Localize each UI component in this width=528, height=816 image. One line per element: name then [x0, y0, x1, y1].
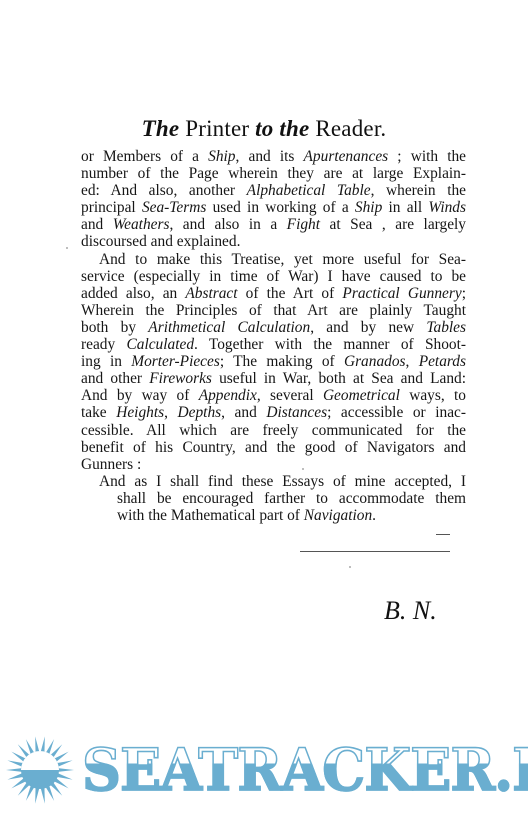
title-to-the: to the — [255, 116, 309, 141]
text-line: benefit of his Country, and the good of … — [81, 439, 466, 456]
text-line: Wherein the Principles of that Art are p… — [81, 302, 466, 319]
italic-term: Fireworks — [149, 370, 212, 387]
text-line: ing in Morter-Pieces; The making of Gran… — [81, 353, 466, 370]
italic-term: Granados — [344, 353, 406, 370]
scan-speck — [349, 566, 351, 568]
closing-rule — [300, 551, 450, 552]
text-line: or Members of a Ship, and its Apurtenanc… — [81, 148, 466, 165]
text-line: added also, an Abstract of the Art of Pr… — [81, 285, 466, 302]
text-line: number of the Page wherein they are at l… — [81, 165, 466, 182]
text-line: And as I shall find these Essays of mine… — [81, 473, 466, 490]
text-line: ready Calculated. Together with the mann… — [81, 336, 466, 353]
text-line: shall be encouraged farther to accommoda… — [81, 490, 466, 507]
text-line: principal Sea-Terms used in working of a… — [81, 199, 466, 216]
paragraph-1: or Members of a Ship, and its Apurtenanc… — [81, 148, 466, 251]
italic-term: Alphabetical Table — [247, 182, 371, 199]
italic-term: Practical Gunnery — [342, 285, 461, 302]
italic-term: Calculated — [126, 336, 194, 353]
text-line: And by way of Appendix, several Geometri… — [81, 387, 466, 404]
italic-term: Distances — [266, 404, 327, 421]
text-line: and Weathers, and also in a Fight at Sea… — [81, 216, 466, 233]
italic-term: Navigation — [304, 507, 372, 524]
text-line: service (especially in time of War) I ha… — [81, 268, 466, 285]
italic-term: Apurtenances — [304, 148, 389, 165]
closing-rule-short — [436, 534, 450, 535]
body-text: or Members of a Ship, and its Apurtenanc… — [81, 148, 466, 524]
text-line: take Heights, Depths, and Distances; acc… — [81, 404, 466, 421]
italic-term: Geometrical — [323, 387, 400, 404]
signature: B. N. — [384, 596, 437, 626]
scan-speck — [66, 247, 68, 249]
italic-term: Sea-Terms — [142, 199, 206, 216]
italic-term: Weathers — [113, 216, 170, 233]
text-line: ed: And also, another Alphabetical Table… — [81, 182, 466, 199]
title-the: The — [142, 116, 180, 141]
page-title: The Printer to the Reader. — [0, 116, 528, 142]
italic-term: Fight — [287, 216, 320, 233]
italic-term: Arithmetical Calculation — [148, 319, 310, 336]
watermark-text: SEATRACKER.RU — [82, 737, 528, 803]
paragraph-3: And as I shall find these Essays of mine… — [81, 473, 466, 524]
scan-speck — [302, 468, 304, 470]
title-reader: Reader. — [315, 116, 386, 141]
italic-term: Tables — [426, 319, 466, 336]
italic-term: Heights — [116, 404, 164, 421]
text-line: and other Fireworks useful in War, both … — [81, 370, 466, 387]
document-page: The Printer to the Reader. or Members of… — [0, 0, 528, 720]
italic-term: Ship — [208, 148, 235, 165]
text-line: discoursed and explained. — [81, 233, 466, 250]
italic-term: Ship — [355, 199, 382, 216]
italic-term: Winds — [428, 199, 466, 216]
italic-term: Abstract — [185, 285, 237, 302]
text-line: And to make this Treatise, yet more usef… — [81, 251, 466, 268]
paragraph-2: And to make this Treatise, yet more usef… — [81, 251, 466, 473]
text-line: Gunners : — [81, 456, 466, 473]
title-printer: Printer — [185, 116, 249, 141]
italic-term: Depths — [178, 404, 222, 421]
italic-term: Morter-Pieces — [131, 353, 220, 370]
text-line: cessible. All which are freely communica… — [81, 422, 466, 439]
sun-over-sea-icon — [0, 735, 80, 805]
italic-term: Appendix — [199, 387, 257, 404]
text-line: both by Arithmetical Calculation, and by… — [81, 319, 466, 336]
watermark-logo: SEATRACKER.RU — [0, 735, 528, 805]
text-line: with the Mathematical part of Navigation… — [81, 507, 466, 524]
italic-term: Petards — [419, 353, 466, 370]
